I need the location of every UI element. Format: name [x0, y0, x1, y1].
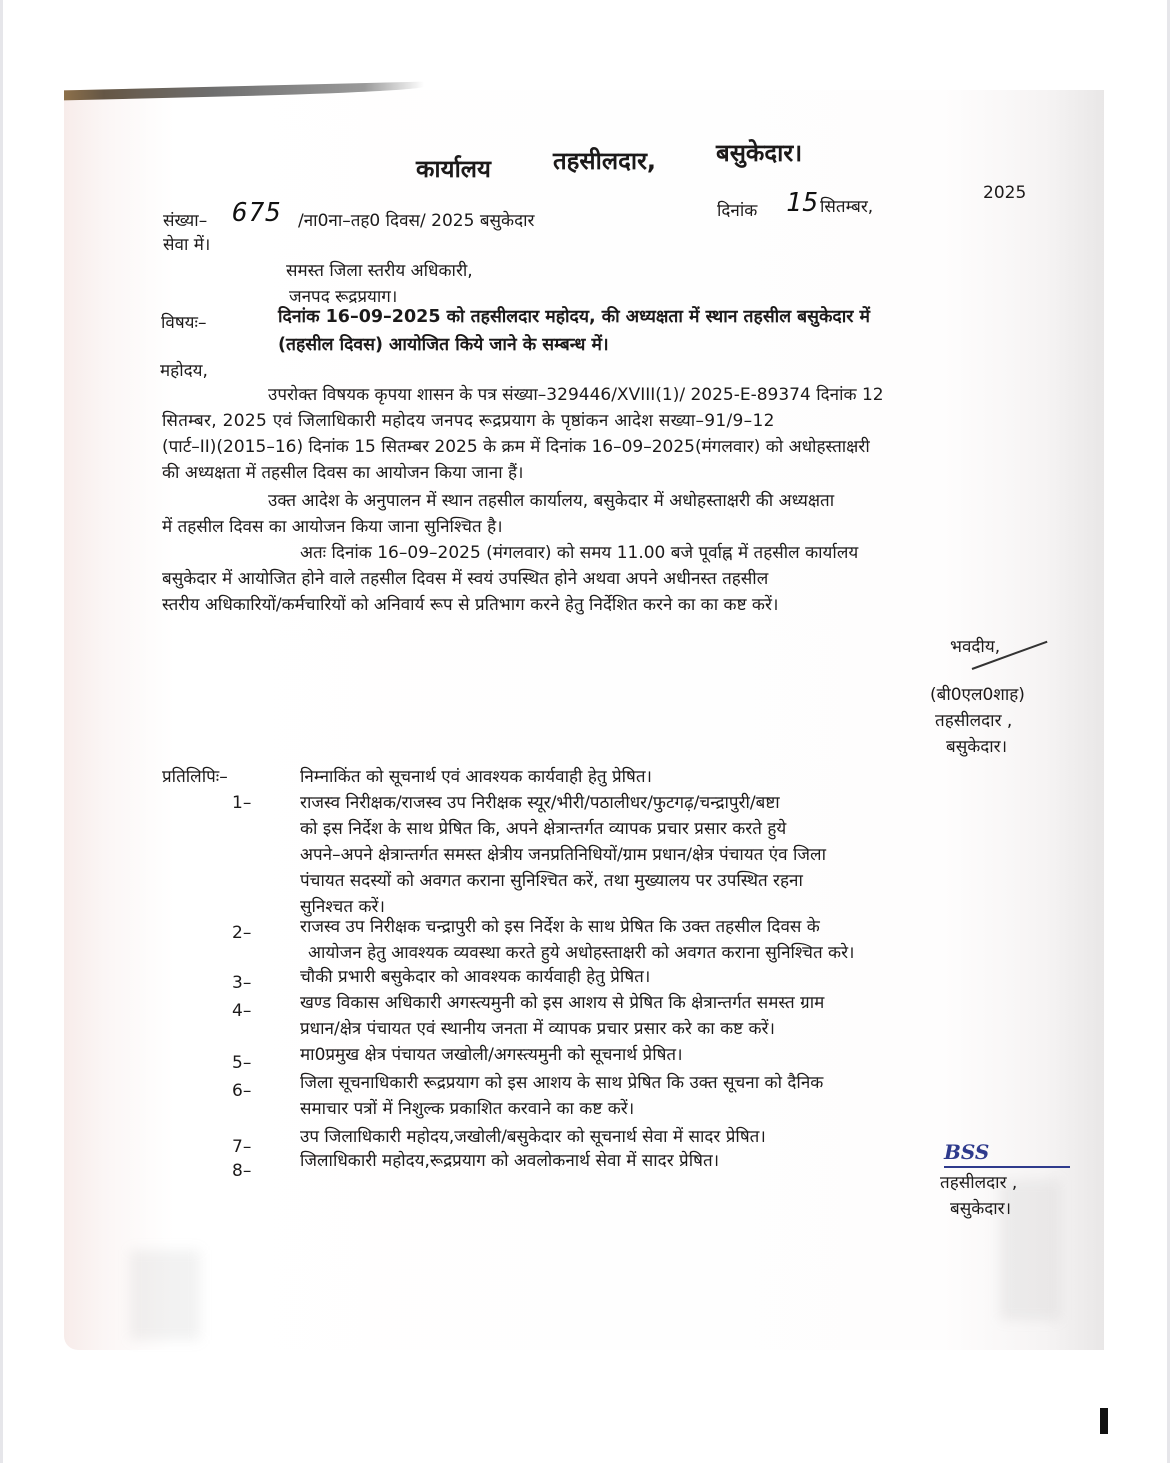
copy-to-intro: निम्नाकिंत को सूचनार्थ एवं आवश्यक कार्यव… — [300, 766, 652, 788]
viewer-frame-left — [0, 0, 3, 1463]
para3-line2: बसुकेदार में आयोजित होने वाले तहसील दिवस… — [162, 568, 768, 590]
office-header-2: तहसीलदार, — [553, 150, 656, 172]
page-marker — [1100, 1408, 1108, 1434]
copy-item-6-line1: जिला सूचनाधिकारी रूद्रप्रयाग को इस आशय क… — [300, 1072, 823, 1094]
para3-line1: अतः दिनांक 16–09–2025 (मंगलवार) को समय 1… — [300, 542, 858, 564]
copy-item-2-line2: आयोजन हेतु आवश्यक व्यवस्था करते हुये अधो… — [308, 942, 855, 964]
copy-item-8-line1: जिलाधिकारी महोदय,रूद्रप्रयाग को अवलोकनार… — [300, 1150, 719, 1172]
subject-line1: दिनांक 16–09–2025 को तहसीलदार महोदय, की … — [278, 306, 870, 328]
copy-item-number: 6– — [232, 1080, 251, 1102]
para1-line3: (पार्ट–II)(2015–16) दिनांक 15 सितम्बर 20… — [162, 436, 870, 458]
copy-item-number: 3– — [232, 972, 251, 994]
initials-underline — [944, 1166, 1070, 1168]
closing: भवदीय, — [950, 636, 1000, 658]
copy-item-7-line1: उप जिलाधिकारी महोदय,जखोली/बसुकेदार को सू… — [300, 1126, 766, 1148]
date-day-handwritten: 15 — [786, 192, 819, 214]
copy-item-1-line3: अपने–अपने क्षेत्रान्तर्गत समस्त क्षेत्री… — [300, 844, 826, 866]
para2-line2: में तहसील दिवस का आयोजन किया जाना सुनिश्… — [162, 516, 503, 538]
reference-label: संख्या– — [163, 210, 207, 232]
copy-item-number: 5– — [232, 1052, 251, 1074]
copy-item-1-line1: राजस्व निरीक्षक/राजस्व उप निरीक्षक स्यूर… — [300, 792, 780, 814]
reference-suffix: /ना0ना–तह0 दिवस/ 2025 बसुकेदार — [298, 210, 534, 232]
copy-item-number: 2– — [232, 922, 251, 944]
copy-item-number: 7– — [232, 1136, 251, 1158]
copy-item-6-line2: समाचार पत्रों में निशुल्क प्रकाशित करवान… — [300, 1098, 634, 1120]
copy-item-4-line1: खण्ड विकास अधिकारी अगस्त्यमुनी को इस आशय… — [300, 992, 824, 1014]
copy-item-number: 1– — [232, 792, 251, 814]
second-designation: तहसीलदार , — [940, 1172, 1017, 1194]
office-header-1: कार्यालय — [416, 158, 491, 180]
copy-item-3-line1: चौकी प्रभारी बसुकेदार को आवश्यक कार्यवाह… — [300, 966, 650, 988]
date-year: 2025 — [983, 182, 1026, 204]
para1-line2: सितम्बर, 2025 एवं जिलाधिकारी महोदय जनपद … — [162, 410, 1080, 432]
subject-line2: (तहसील दिवस) आयोजित किये जाने के सम्बन्ध… — [278, 334, 609, 356]
copy-to-label: प्रतिलिपिः– — [162, 766, 228, 788]
copy-item-5-line1: मा0प्रमुख क्षेत्र पंचायत जखोली/अगस्त्यमु… — [300, 1044, 683, 1066]
para1-line1: उपरोक्त विषयक कृपया शासन के पत्र संख्या–… — [268, 384, 1080, 406]
scan-smudge — [130, 1250, 200, 1340]
copy-item-number: 4– — [232, 1000, 251, 1022]
copy-item-1-line2: को इस निर्देश के साथ प्रेषित कि, अपने क्… — [300, 818, 786, 840]
reference-number-handwritten: 675 — [232, 202, 282, 224]
para1-line4: की अध्यक्षता में तहसील दिवस का आयोजन किय… — [162, 462, 524, 484]
para3-line3: स्तरीय अधिकारियों/कर्मचारियों को अनिवार्… — [162, 594, 778, 616]
addressee-line2: जनपद रूद्रप्रयाग। — [289, 286, 397, 308]
copy-item-4-line2: प्रधान/क्षेत्र पंचायत एवं स्थानीय जनता म… — [300, 1018, 775, 1040]
salutation-to: सेवा में। — [163, 234, 210, 256]
copy-item-number: 8– — [232, 1160, 251, 1182]
date-label: दिनांक — [717, 200, 757, 222]
initials-signature: BSS — [944, 1140, 989, 1164]
copy-item-1-line5: सुनिश्चत करें। — [300, 896, 385, 918]
date-month: सितम्बर, — [820, 196, 873, 218]
subject-label: विषयः– — [161, 312, 206, 334]
signatory-place: बसुकेदार। — [946, 736, 1007, 758]
addressee-line1: समस्त जिला स्तरीय अधिकारी, — [286, 260, 473, 282]
signatory-name: (बी0एल0शाह) — [930, 684, 1025, 706]
para2-line1: उक्त आदेश के अनुपालन में स्थान तहसील कार… — [268, 490, 834, 512]
copy-item-2-line1: राजस्व उप निरीक्षक चन्द्रापुरी को इस निर… — [300, 916, 820, 938]
office-header-3: बसुकेदार। — [716, 142, 802, 164]
copy-item-1-line4: पंचायत सदस्यों को अवगत कराना सुनिश्चित क… — [300, 870, 803, 892]
greeting: महोदय, — [160, 360, 208, 382]
signatory-designation: तहसीलदार , — [935, 710, 1012, 732]
second-place: बसुकेदार। — [950, 1198, 1011, 1220]
